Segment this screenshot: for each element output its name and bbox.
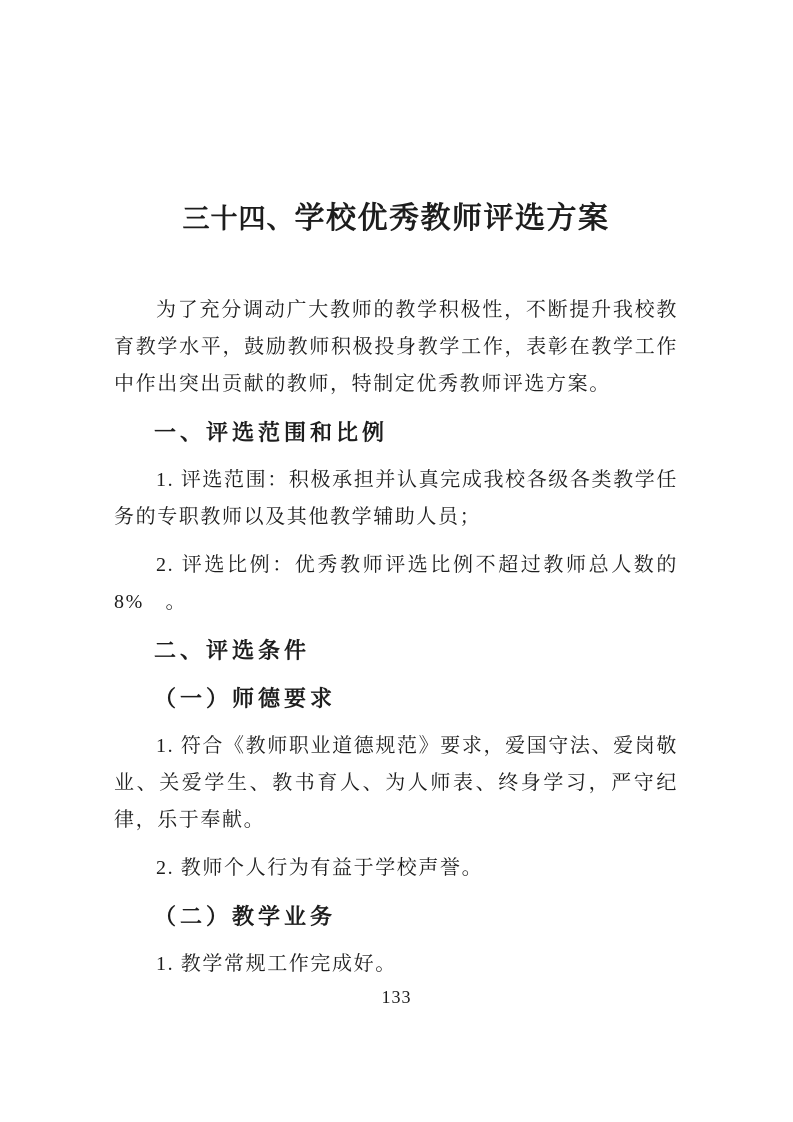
section-2-heading: 二、评选条件	[114, 632, 678, 669]
document-content: 三十四、学校优秀教师评选方案 为了充分调动广大教师的教学积极性，不断提升我校教育…	[114, 0, 678, 994]
subsection-1-heading: （一）师德要求	[114, 680, 678, 717]
document-page: 三十四、学校优秀教师评选方案 为了充分调动广大教师的教学积极性，不断提升我校教育…	[0, 0, 793, 1122]
subsection-2-item-1: 1. 教学常规工作完成好。	[114, 946, 678, 983]
subsection-2-heading: （二）教学业务	[114, 898, 678, 935]
title-section-number: 三十四、	[183, 204, 295, 234]
intro-paragraph: 为了充分调动广大教师的教学积极性，不断提升我校教育教学水平，鼓励教师积极投身教学…	[114, 292, 678, 403]
title-text: 学校优秀教师评选方案	[295, 202, 610, 235]
section-1-item-1: 1. 评选范围：积极承担并认真完成我校各级各类教学任务的专职教师以及其他教学辅助…	[114, 462, 678, 536]
document-title: 三十四、学校优秀教师评选方案	[114, 196, 678, 240]
subsection-1-item-2: 2. 教师个人行为有益于学校声誉。	[114, 850, 678, 887]
subsection-1-item-1: 1. 符合《教师职业道德规范》要求，爱国守法、爱岗敬业、关爱学生、教书育人、为人…	[114, 728, 678, 839]
section-1-item-2: 2. 评选比例：优秀教师评选比例不超过教师总人数的8% 。	[114, 547, 678, 621]
page-number: 133	[0, 987, 793, 1008]
section-1-heading: 一、评选范围和比例	[114, 414, 678, 451]
